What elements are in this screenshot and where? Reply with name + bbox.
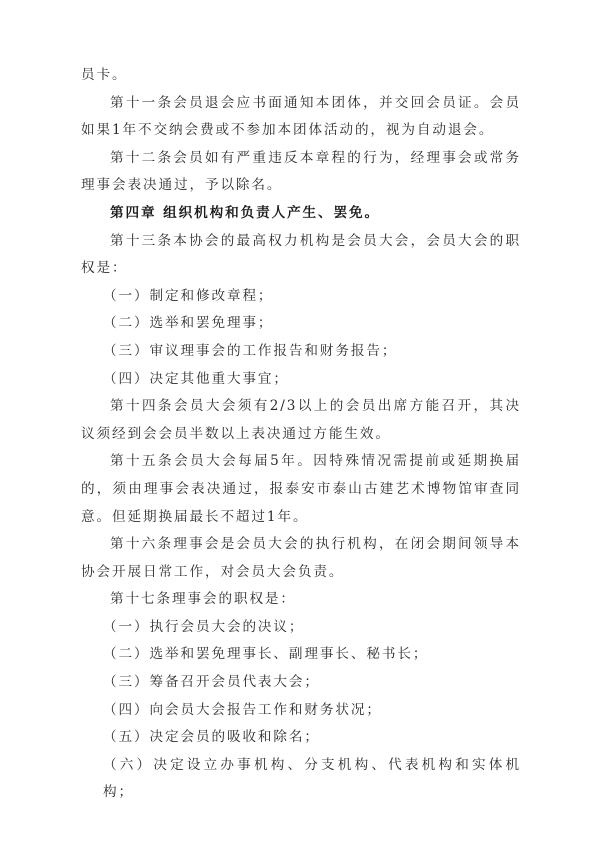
document-page: 员卡。 第十一条会员退会应书面通知本团体，并交回会员证。会员如果1年不交纳会费或…: [0, 0, 600, 848]
article-13-item-1: （一）制定和修改章程；: [81, 283, 521, 311]
article-17-item-2: （二）选举和罢免理事长、副理事长、秘书长；: [81, 641, 521, 669]
article-14: 第十四条会员大会须有2/3以上的会员出席方能召开，其决议须经到会会员半数以上表决…: [81, 393, 521, 448]
article-17-item-4: （四）向会员大会报告工作和财务状况；: [81, 697, 521, 725]
article-12: 第十二条会员如有严重违反本章程的行为，经理事会或常务理事会表决通过，予以除名。: [81, 145, 521, 200]
chapter-4-heading: 第四章 组织机构和负责人产生、罢免。: [81, 200, 521, 228]
article-13: 第十三条本协会的最高权力机构是会员大会，会员大会的职权是：: [81, 228, 521, 283]
article-17-item-6: （六）决定设立办事机构、分支机构、代表机构和实体机构；: [81, 752, 521, 807]
article-17-item-1: （一）执行会员大会的决议；: [81, 614, 521, 642]
article-17-item-5: （五）决定会员的吸收和除名；: [81, 724, 521, 752]
article-13-item-2: （二）选举和罢免理事；: [81, 310, 521, 338]
article-13-item-4: （四）决定其他重大事宜；: [81, 366, 521, 394]
paragraph-continuation: 员卡。: [81, 62, 521, 90]
document-body: 员卡。 第十一条会员退会应书面通知本团体，并交回会员证。会员如果1年不交纳会费或…: [81, 62, 521, 807]
article-15: 第十五条会员大会每届5年。因特殊情况需提前或延期换届的，须由理事会表决通过，报泰…: [81, 448, 521, 531]
article-11: 第十一条会员退会应书面通知本团体，并交回会员证。会员如果1年不交纳会费或不参加本…: [81, 90, 521, 145]
article-17: 第十七条理事会的职权是：: [81, 586, 521, 614]
article-17-item-3: （三）筹备召开会员代表大会；: [81, 669, 521, 697]
article-16: 第十六条理事会是会员大会的执行机构，在闭会期间领导本协会开展日常工作，对会员大会…: [81, 531, 521, 586]
article-13-item-3: （三）审议理事会的工作报告和财务报告；: [81, 338, 521, 366]
